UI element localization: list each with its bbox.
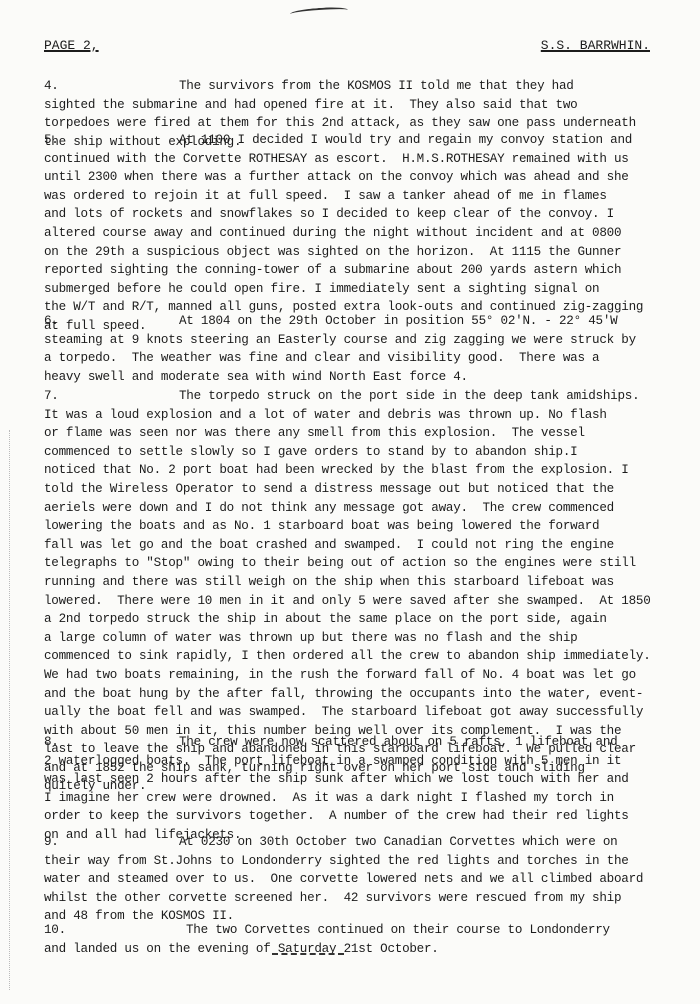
text-line: commenced to sink rapidly, I then ordere… bbox=[44, 647, 684, 666]
text-line: We had two boats remaining, in the rush … bbox=[44, 666, 684, 685]
paragraph-number: 5. bbox=[44, 131, 179, 150]
paragraph-number: 8. bbox=[44, 733, 179, 752]
text-line: heavy swell and moderate sea with wind N… bbox=[44, 368, 684, 387]
text-line: It was a loud explosion and a lot of wat… bbox=[44, 406, 684, 425]
text-line: altered course away and continued during… bbox=[44, 224, 684, 243]
text-line: their way from St.Johns to Londonderry s… bbox=[44, 852, 684, 871]
page-header: PAGE 2, S.S. BARRWHIN. bbox=[44, 38, 650, 54]
text-line: aeriels were down and I do not think any… bbox=[44, 499, 684, 518]
text-line: was last seen 2 hours after the ship sun… bbox=[44, 770, 684, 789]
text-line: submerged before he could open fire. I i… bbox=[44, 280, 684, 299]
text-line: water and steamed over to us. One corvet… bbox=[44, 870, 684, 889]
text-line: The survivors from the KOSMOS II told me… bbox=[179, 79, 574, 93]
text-line: running and there was still weigh on the… bbox=[44, 573, 684, 592]
text-line: a torpedo. The weather was fine and clea… bbox=[44, 349, 684, 368]
paragraph-number: 10. bbox=[44, 921, 186, 940]
text-line: 2 waterlogged boats. The port lifeboat i… bbox=[44, 752, 684, 771]
text-line: and landed us on the evening of Saturday… bbox=[44, 940, 684, 959]
page-number: PAGE 2, bbox=[44, 38, 99, 53]
paragraph-number: 4. bbox=[44, 77, 179, 96]
text-line: continued with the Corvette ROTHESAY as … bbox=[44, 150, 684, 169]
paragraph-5: 5.At 1100 I decided I would try and rega… bbox=[44, 131, 684, 336]
text-line: noticed that No. 2 port boat had been wr… bbox=[44, 461, 684, 480]
text-line: lowered. There were 10 men in it and onl… bbox=[44, 592, 684, 611]
text-line: torpedoes were fired at them for this 2n… bbox=[44, 114, 684, 133]
text-line: sighted the submarine and had opened fir… bbox=[44, 96, 684, 115]
text-line: on the 29th a suspicious object was sigh… bbox=[44, 243, 684, 262]
paragraph-number: 7. bbox=[44, 387, 179, 406]
paragraph-number: 9. bbox=[44, 833, 179, 852]
text-line: telegraphs to "Stop" owing to their bein… bbox=[44, 554, 684, 573]
handwritten-mark bbox=[290, 6, 348, 18]
text-line: and the boat hung by the after fall, thr… bbox=[44, 685, 684, 704]
text-line: I imagine her crew were drowned. As it w… bbox=[44, 789, 684, 808]
text-line: lowering the boats and as No. 1 starboar… bbox=[44, 517, 684, 536]
text-line: reported sighting the conning-tower of a… bbox=[44, 261, 684, 280]
paragraph-10: 10.The two Corvettes continued on their … bbox=[44, 921, 684, 958]
text-line: until 2300 when there was a further atta… bbox=[44, 168, 684, 187]
text-line: commenced to settle slowly so I gave ord… bbox=[44, 443, 684, 462]
text-line: whilst the other corvette screened her. … bbox=[44, 889, 684, 908]
text-line: a 2nd torpedo struck the ship in about t… bbox=[44, 610, 684, 629]
paragraph-8: 8.The crew were now scattered about on 5… bbox=[44, 733, 684, 845]
text-line: ually the boat fell and was swamped. The… bbox=[44, 703, 684, 722]
paragraph-9: 9.At 0230 on 30th October two Canadian C… bbox=[44, 833, 684, 926]
text-line: told the Wireless Operator to send a dis… bbox=[44, 480, 684, 499]
text-line: a large column of water was thrown up bu… bbox=[44, 629, 684, 648]
text-line: The two Corvettes continued on their cou… bbox=[186, 923, 610, 937]
text-line: At 1100 I decided I would try and regain… bbox=[179, 133, 632, 147]
text-line: At 0230 on 30th October two Canadian Cor… bbox=[179, 835, 617, 849]
paragraph-6: 6.At 1804 on the 29th October in positio… bbox=[44, 312, 684, 386]
text-line: fall was let go and the boat crashed and… bbox=[44, 536, 684, 555]
document-page: PAGE 2, S.S. BARRWHIN. 4.The survivors f… bbox=[0, 0, 700, 1004]
text-line: steaming at 9 knots steering an Easterly… bbox=[44, 331, 684, 350]
text-line: The crew were now scattered about on 5 r… bbox=[179, 735, 617, 749]
text-line: was ordered to rejoin it at full speed. … bbox=[44, 187, 684, 206]
ship-name: S.S. BARRWHIN. bbox=[541, 38, 650, 53]
end-rule bbox=[272, 953, 344, 955]
text-line: and lots of rockets and snowflakes so I … bbox=[44, 205, 684, 224]
text-line: order to keep the survivors together. A … bbox=[44, 807, 684, 826]
margin-mark bbox=[9, 430, 10, 990]
text-line: The torpedo struck on the port side in t… bbox=[179, 389, 639, 403]
paragraph-number: 6. bbox=[44, 312, 179, 331]
text-line: or flame was seen nor was there any smel… bbox=[44, 424, 684, 443]
text-line: At 1804 on the 29th October in position … bbox=[179, 314, 617, 328]
